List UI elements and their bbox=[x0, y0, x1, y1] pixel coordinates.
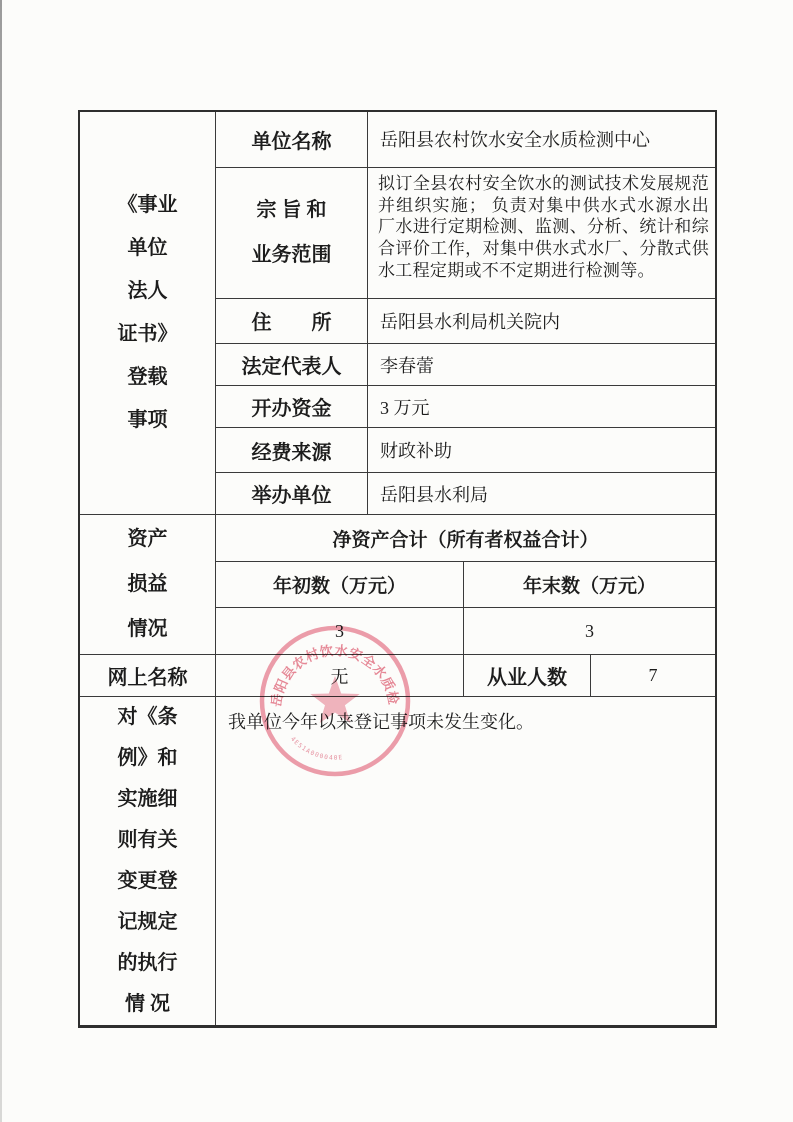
address-value: 岳阳县水利局机关院内 bbox=[368, 299, 715, 344]
year-start-header: 年初数（万元） bbox=[216, 562, 464, 607]
net-assets-header-row: 净资产合计（所有者权益合计） bbox=[216, 515, 715, 562]
staff-count-value: 7 bbox=[591, 655, 715, 696]
assets-side-label: 资产损益情况 bbox=[80, 515, 216, 654]
changes-statement: 我单位今年以来登记事项未发生变化。 bbox=[216, 697, 715, 1025]
founding-capital-label: 开办资金 bbox=[216, 386, 368, 427]
unit-name-label: 单位名称 bbox=[216, 112, 368, 167]
assets-rows: 净资产合计（所有者权益合计） 年初数（万元） 年末数（万元） 3 3 bbox=[216, 515, 715, 654]
year-start-value: 3 bbox=[216, 608, 464, 654]
certificate-rows: 单位名称 岳阳县农村饮水安全水质检测中心 宗 旨 和业务范围 拟订全县农村安全饮… bbox=[216, 112, 715, 514]
net-assets-header: 净资产合计（所有者权益合计） bbox=[216, 515, 715, 561]
sponsor-unit-label: 举办单位 bbox=[216, 473, 368, 514]
table-row-unit-name: 单位名称 岳阳县农村饮水安全水质检测中心 bbox=[216, 112, 715, 168]
table-row-sponsor-unit: 举办单位 岳阳县水利局 bbox=[216, 473, 715, 514]
unit-name-value: 岳阳县农村饮水安全水质检测中心 bbox=[368, 112, 715, 167]
changes-section: 对《条例》和实施细则有关变更登记规定的执行情 况 我单位今年以来登记事项未发生变… bbox=[80, 697, 715, 1025]
table-row-legal-representative: 法定代表人 李春蕾 bbox=[216, 344, 715, 386]
online-name-value: 无 bbox=[216, 655, 464, 696]
table-row-purpose-scope: 宗 旨 和业务范围 拟订全县农村安全饮水的测试技术发展规范并组织实施； 负责对集… bbox=[216, 168, 715, 299]
table-row-funding-source: 经费来源 财政补助 bbox=[216, 428, 715, 473]
table-row-address: 住 所 岳阳县水利局机关院内 bbox=[216, 299, 715, 345]
online-name-label: 网上名称 bbox=[80, 655, 216, 696]
assets-column-header-row: 年初数（万元） 年末数（万元） bbox=[216, 562, 715, 608]
founding-capital-value: 3 万元 bbox=[368, 386, 715, 427]
scanned-document-page: 《事业单位法人证书》登载事项 单位名称 岳阳县农村饮水安全水质检测中心 宗 旨 … bbox=[0, 0, 793, 1122]
changes-side-label: 对《条例》和实施细则有关变更登记规定的执行情 况 bbox=[80, 697, 216, 1025]
address-label: 住 所 bbox=[216, 299, 368, 344]
purpose-scope-label: 宗 旨 和业务范围 bbox=[216, 168, 368, 298]
year-end-value: 3 bbox=[464, 608, 715, 654]
table-row-founding-capital: 开办资金 3 万元 bbox=[216, 386, 715, 428]
funding-source-value: 财政补助 bbox=[368, 428, 715, 472]
funding-source-label: 经费来源 bbox=[216, 428, 368, 472]
registration-table: 《事业单位法人证书》登载事项 单位名称 岳阳县农村饮水安全水质检测中心 宗 旨 … bbox=[78, 110, 717, 1028]
certificate-side-label: 《事业单位法人证书》登载事项 bbox=[80, 112, 216, 514]
legal-representative-value: 李春蕾 bbox=[368, 344, 715, 385]
legal-representative-label: 法定代表人 bbox=[216, 344, 368, 385]
assets-values-row: 3 3 bbox=[216, 608, 715, 654]
staff-count-label: 从业人数 bbox=[464, 655, 591, 696]
sponsor-unit-value: 岳阳县水利局 bbox=[368, 473, 715, 514]
purpose-scope-value: 拟订全县农村安全饮水的测试技术发展规范并组织实施； 负责对集中供水式水源水出厂水… bbox=[368, 168, 715, 298]
online-name-row: 网上名称 无 从业人数 7 bbox=[80, 655, 715, 697]
certificate-section: 《事业单位法人证书》登载事项 单位名称 岳阳县农村饮水安全水质检测中心 宗 旨 … bbox=[80, 112, 715, 515]
year-end-header: 年末数（万元） bbox=[464, 562, 715, 607]
assets-section: 资产损益情况 净资产合计（所有者权益合计） 年初数（万元） 年末数（万元） 3 … bbox=[80, 515, 715, 655]
scan-edge-shadow bbox=[0, 0, 2, 1122]
